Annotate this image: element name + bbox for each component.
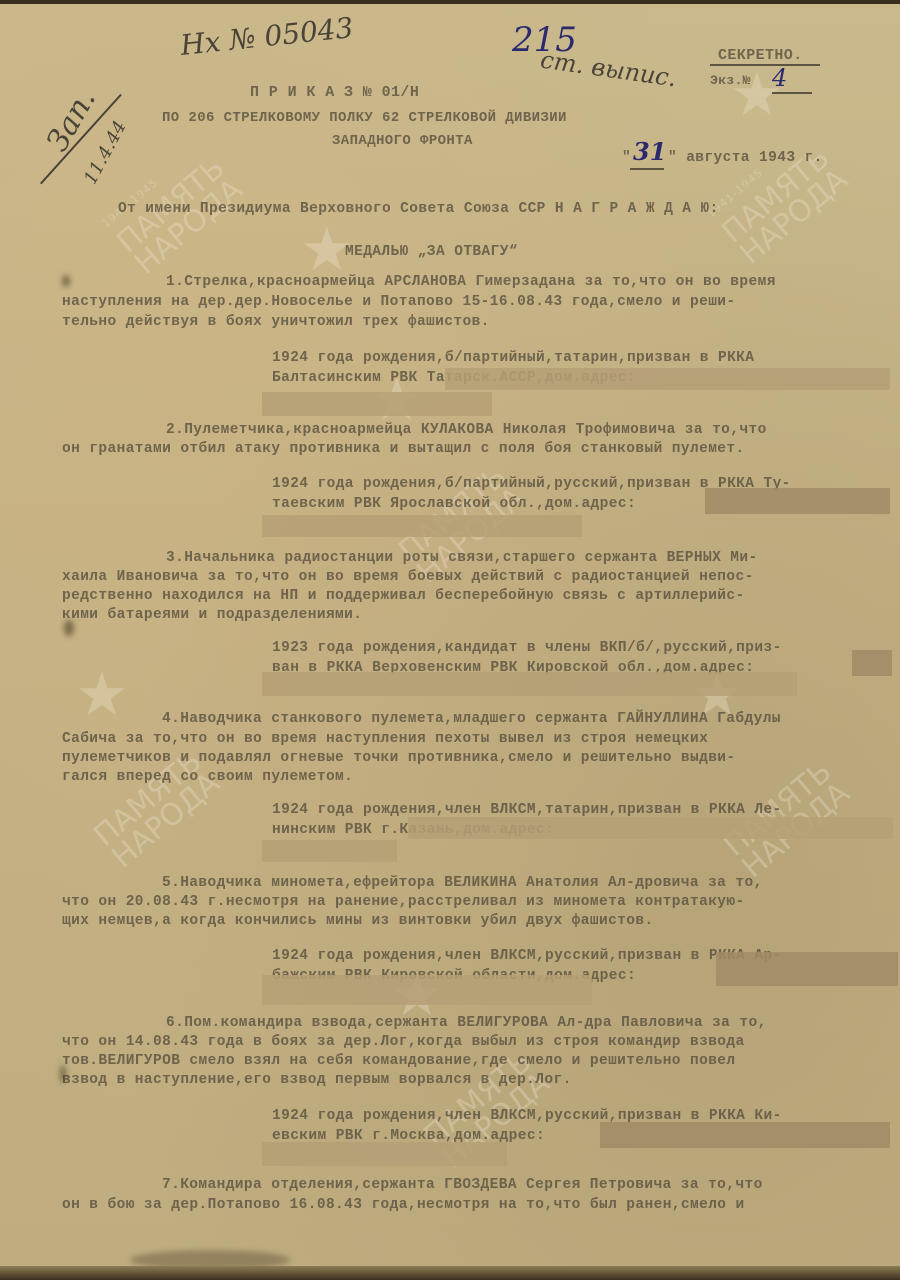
redacted-address <box>600 1122 890 1148</box>
entry-line: что он 14.08.43 года в боях за дер.Лог,к… <box>62 1034 745 1050</box>
copy-number-underline <box>772 92 812 94</box>
copy-number-value: 4 <box>772 64 787 92</box>
redacted-address <box>445 368 890 390</box>
date-day: 31 <box>633 137 666 166</box>
entry-line: он гранатами отбил атаку противника и вы… <box>62 441 745 457</box>
order-subtitle-front: ЗАПАДНОГО ФРОНТА <box>332 133 473 149</box>
copy-number-label: Экз.№ <box>710 73 751 88</box>
redacted-address <box>408 817 893 839</box>
entry-line: редственно находился на НП и поддерживал… <box>62 588 745 604</box>
date-day-underline <box>630 168 664 170</box>
entry-line: наступления на дер.дер.Новоселье и Потап… <box>62 294 736 310</box>
punch-hole-mark <box>62 275 70 287</box>
entry-line: что он 20.08.43 г.несмотря на ранение,ра… <box>62 894 745 910</box>
handwritten-archive-number: Нх № 05043 <box>179 11 355 62</box>
redacted-address <box>262 672 797 696</box>
redacted-address <box>705 488 890 514</box>
entry-line: гался вперед со своим пулеметом. <box>62 769 353 785</box>
order-subtitle-regiment: ПО 206 СТРЕЛКОВОМУ ПОЛКУ 62 СТРЕЛКОВОЙ Д… <box>162 110 567 126</box>
entry-line: 7.Командира отделения,сержанта ГВОЗДЕВА … <box>162 1177 763 1193</box>
entry-line: взвод в наступление,его взвод первым вор… <box>62 1072 572 1088</box>
entry-line: тов.ВЕЛИГУРОВ смело взял на себя командо… <box>62 1053 736 1069</box>
redacted-address <box>262 392 492 416</box>
entry-line: 6.Пом.командира взвода,сержанта ВЕЛИГУРО… <box>166 1015 767 1031</box>
entry-line: пулеметчиков и подавлял огневые точки пр… <box>62 750 736 766</box>
secret-label: СЕКРЕТНО. <box>718 47 803 64</box>
scan-edge-top <box>0 0 900 4</box>
punch-hole-mark <box>60 1065 66 1083</box>
redacted-address <box>852 650 892 676</box>
entry-line: тельно действуя в боях уничтожил трех фа… <box>62 314 490 330</box>
handwritten-note-extract: ст. выпис. <box>539 46 679 93</box>
entry-line: щих немцев,а когда кончились мины из вин… <box>62 913 654 929</box>
date-month-year: " августа 1943 г. <box>668 150 823 166</box>
entry-line: Сабича за то,что он во время наступления… <box>62 731 708 747</box>
entry-bio-line: таевским РВК Ярославской обл.,дом.адрес: <box>272 496 636 512</box>
redacted-address <box>262 1142 507 1166</box>
scanned-document-page: ★ 1941-1945ПАМЯТЬНАРОДА ★ 1941-1945ПАМЯТ… <box>0 0 900 1280</box>
entry-line: 4.Наводчика станкового пулемета,младшего… <box>162 711 781 727</box>
redacted-address <box>716 952 898 986</box>
redacted-address <box>262 840 397 862</box>
entry-line: 2.Пулеметчика,красноармейца КУЛАКОВА Ник… <box>166 422 767 438</box>
watermark-line2: НАРОДА <box>733 162 854 272</box>
scan-edge-bottom <box>0 1266 900 1280</box>
redacted-address <box>262 515 582 537</box>
entry-bio-line: 1924 года рождения,б/партийный,татарин,п… <box>272 350 754 366</box>
entry-bio-line: 1923 года рождения,кандидат в члены ВКП/… <box>272 640 782 656</box>
watermark: ПАМЯТЬНАРОДА <box>90 747 225 873</box>
order-title: П Р И К А З № 01/Н <box>250 84 419 101</box>
entry-line: кими батареями и подразделениями. <box>62 607 362 623</box>
redacted-address <box>262 975 592 1005</box>
handwritten-date-top-left: 11.4.44 <box>80 117 131 188</box>
preamble: От имени Президиума Верховного Совета Со… <box>118 201 719 217</box>
date-open-quote: " <box>622 150 631 166</box>
watermark-line2: НАРОДА <box>128 172 249 282</box>
entry-line: 5.Наводчика миномета,ефрейтора ВЕЛИКИНА … <box>162 875 763 891</box>
entry-bio-line: 1924 года рождения,член ВЛКСМ,русский,пр… <box>272 948 782 964</box>
punch-hole-mark <box>64 620 74 636</box>
entry-line: 3.Начальника радиостанции роты связи,ста… <box>166 550 758 566</box>
entry-bio-line: 1924 года рождения,член ВЛКСМ,татарин,пр… <box>272 802 782 818</box>
watermark: 1941-1945ПАМЯТЬНАРОДА <box>700 122 853 269</box>
entry-line: 1.Стрелка,красноармейца АРСЛАНОВА Гимерз… <box>166 274 776 290</box>
secret-underline <box>710 64 820 66</box>
entry-line: хаила Ивановича за то,что он во время бо… <box>62 569 754 585</box>
entry-line: он в бою за дер.Потапово 16.08.43 года,н… <box>62 1197 745 1213</box>
watermark-star-icon: ★ <box>75 660 129 730</box>
award-heading: МЕДАЛЬЮ „ЗА ОТВАГУ“ <box>345 244 518 260</box>
